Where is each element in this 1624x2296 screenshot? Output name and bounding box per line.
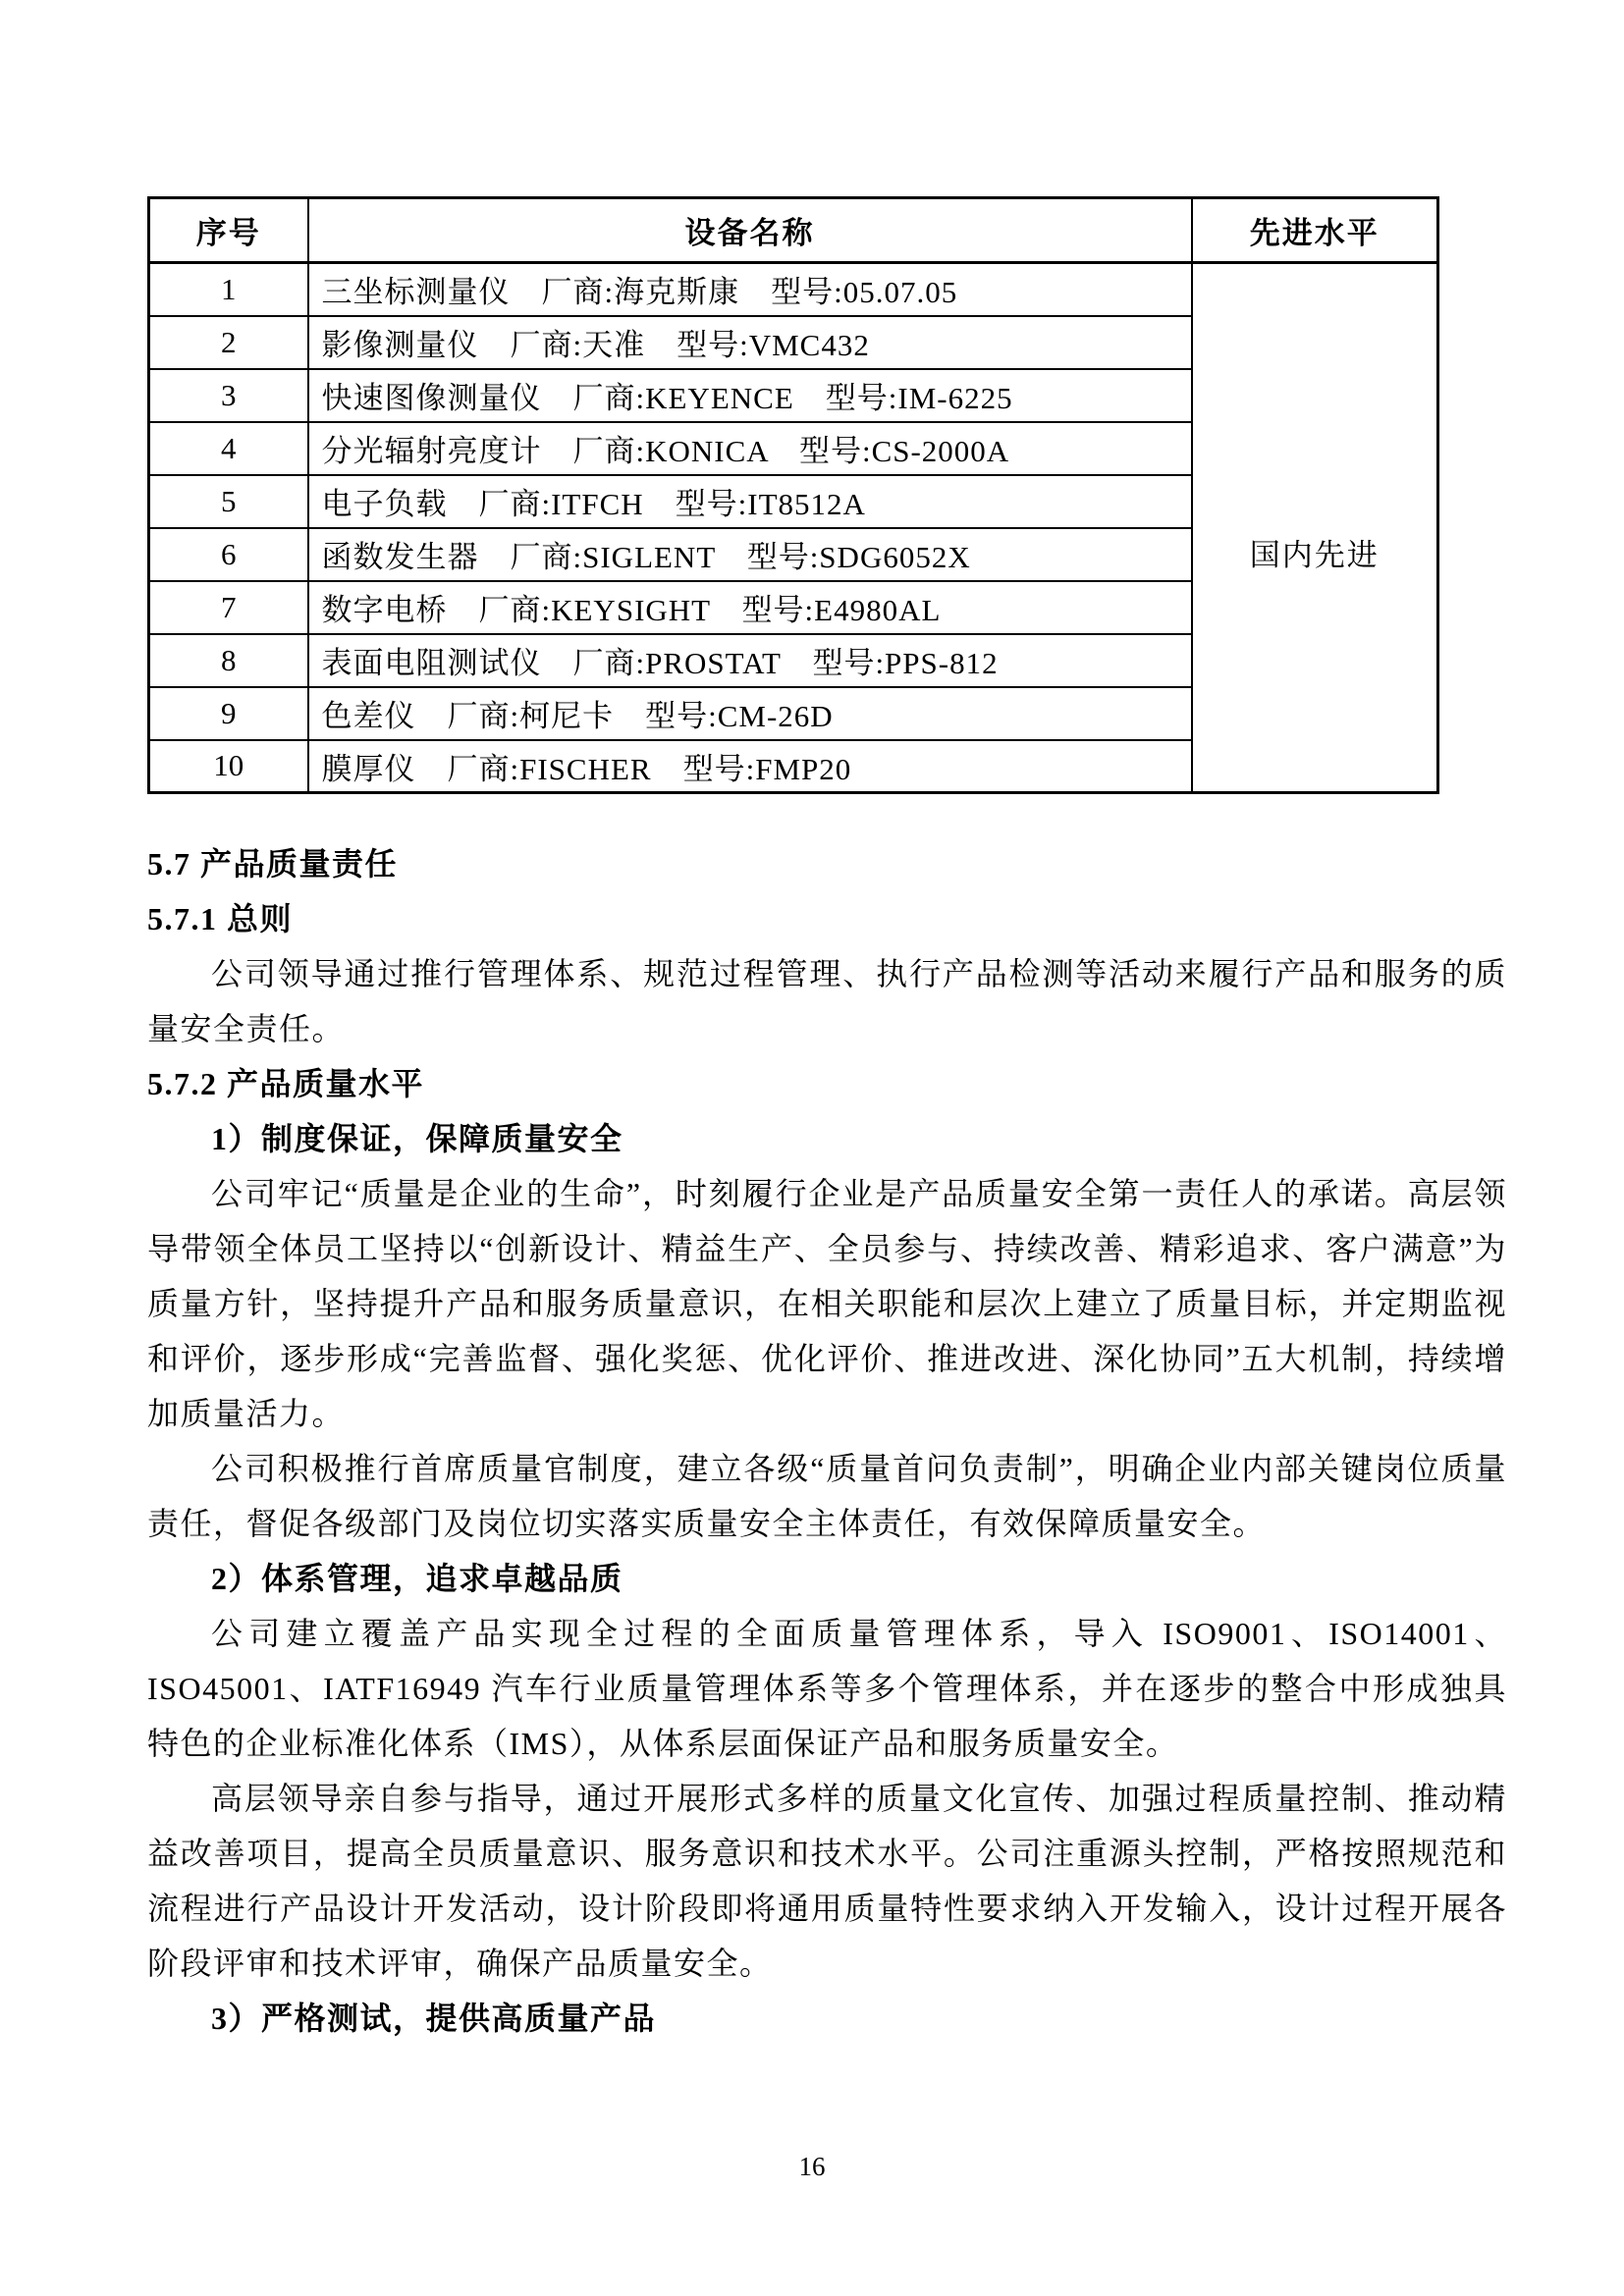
equipment-name-cell: 分光辐射亮度计 厂商:KONICA 型号:CS-2000A — [308, 422, 1192, 475]
col-header-level: 先进水平 — [1192, 198, 1438, 263]
row-number-cell: 5 — [149, 475, 308, 528]
equipment-name-cell: 电子负载 厂商:ITFCH 型号:IT8512A — [308, 475, 1192, 528]
equipment-table: 序号 设备名称 先进水平 1三坐标测量仪 厂商:海克斯康 型号:05.07.05… — [147, 196, 1439, 794]
subheading-2: 2）体系管理，追求卓越品质 — [147, 1551, 1507, 1606]
row-number-cell: 4 — [149, 422, 308, 475]
equipment-name-cell: 影像测量仪 厂商:天准 型号:VMC432 — [308, 316, 1192, 369]
subheading-3: 3）严格测试，提供高质量产品 — [147, 1991, 1507, 2046]
section-heading-5-7-1: 5.7.1 总则 — [147, 891, 1507, 946]
equipment-name-cell: 函数发生器 厂商:SIGLENT 型号:SDG6052X — [308, 528, 1192, 581]
section-heading-5-7-2: 5.7.2 产品质量水平 — [147, 1056, 1507, 1111]
advanced-level-cell: 国内先进 — [1192, 263, 1438, 793]
row-number-cell: 8 — [149, 634, 308, 687]
paragraph-policy: 公司牢记“质量是企业的生命”，时刻履行企业是产品质量安全第一责任人的承诺。高层领… — [147, 1166, 1507, 1441]
paragraph-chief-quality: 公司积极推行首席质量官制度，建立各级“质量首问负责制”，明确企业内部关键岗位质量… — [147, 1441, 1507, 1551]
equipment-name-cell: 数字电桥 厂商:KEYSIGHT 型号:E4980AL — [308, 581, 1192, 634]
row-number-cell: 7 — [149, 581, 308, 634]
row-number-cell: 10 — [149, 740, 308, 793]
row-number-cell: 3 — [149, 369, 308, 422]
equipment-name-cell: 膜厚仪 厂商:FISCHER 型号:FMP20 — [308, 740, 1192, 793]
document-page: 序号 设备名称 先进水平 1三坐标测量仪 厂商:海克斯康 型号:05.07.05… — [0, 0, 1624, 2296]
document-body: 5.7 产品质量责任5.7.1 总则公司领导通过推行管理体系、规范过程管理、执行… — [147, 836, 1507, 2046]
equipment-name-cell: 快速图像测量仪 厂商:KEYENCE 型号:IM-6225 — [308, 369, 1192, 422]
equipment-name-cell: 三坐标测量仪 厂商:海克斯康 型号:05.07.05 — [308, 263, 1192, 316]
row-number-cell: 9 — [149, 687, 308, 740]
col-header-equipment: 设备名称 — [308, 198, 1192, 263]
table-row: 1三坐标测量仪 厂商:海克斯康 型号:05.07.05国内先进 — [149, 263, 1438, 316]
row-number-cell: 1 — [149, 263, 308, 316]
paragraph-system: 公司建立覆盖产品实现全过程的全面质量管理体系，导入 ISO9001、ISO140… — [147, 1606, 1507, 1771]
section-heading-5-7: 5.7 产品质量责任 — [147, 836, 1507, 891]
equipment-name-cell: 色差仪 厂商:柯尼卡 型号:CM-26D — [308, 687, 1192, 740]
row-number-cell: 6 — [149, 528, 308, 581]
equipment-name-cell: 表面电阻测试仪 厂商:PROSTAT 型号:PPS-812 — [308, 634, 1192, 687]
table-header-row: 序号 设备名称 先进水平 — [149, 198, 1438, 263]
page-number: 16 — [0, 2152, 1624, 2182]
paragraph-leadership: 高层领导亲自参与指导，通过开展形式多样的质量文化宣传、加强过程质量控制、推动精益… — [147, 1771, 1507, 1991]
col-header-serial: 序号 — [149, 198, 308, 263]
subheading-1: 1）制度保证，保障质量安全 — [147, 1111, 1507, 1166]
paragraph-general: 公司领导通过推行管理体系、规范过程管理、执行产品检测等活动来履行产品和服务的质量… — [147, 946, 1507, 1056]
row-number-cell: 2 — [149, 316, 308, 369]
